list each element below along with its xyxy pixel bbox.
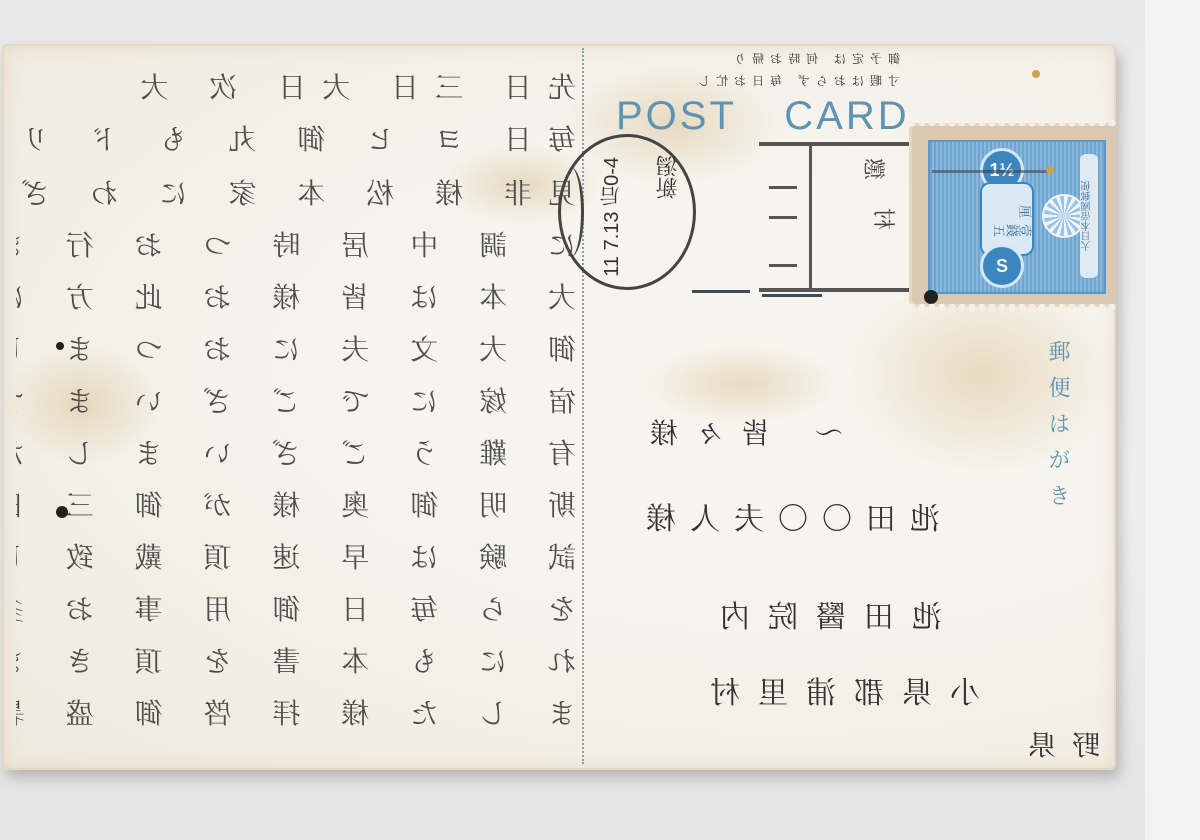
yubin-hagaki-label: 郵便はがき: [1042, 340, 1073, 520]
cancel-tick: [769, 264, 797, 267]
slogan-text: 懲: [864, 156, 886, 187]
message-row: れ に も 本 書 を 頂 き ま し て: [16, 640, 576, 676]
message-row: 見非 様 松 本 家 に わ ざ わ ざ に: [16, 172, 576, 208]
ink-blot: [56, 342, 64, 350]
message-row: 斯 明 御 奥 様 が 御 三 日 に: [16, 484, 576, 520]
cancel-bar: [692, 290, 750, 293]
stain-dot: [1046, 166, 1054, 174]
message-row: 御 大 文 夫 に お つ ま し た 夏: [16, 328, 576, 364]
message-row: 毎日 ヨ ヒ 御 丸 も ド リ そ ん: [16, 118, 576, 154]
background-strip: [1145, 0, 1200, 840]
message-row: に 調 中 居 時 つ お 行 き す が: [16, 224, 576, 260]
message-row: 試 験 は 早 速 頂 戴 致 し ま し: [16, 536, 576, 572]
message-row: 大 本 は 皆 様 お 此 方 に 新 行: [16, 276, 576, 312]
postcard: 先日 三日 大日 次 大 毎日 ヨ ヒ 御 丸 も ド リ そ ん 見非 様 松…: [2, 44, 1116, 770]
address-row: 小県郡浦里村: [692, 668, 980, 712]
postmark-place: 新潟: [653, 155, 684, 199]
stain-dot: [1032, 70, 1040, 78]
postmark-day: 7.13: [601, 211, 623, 250]
cancel-tick: [769, 216, 797, 219]
address-row: 池田醫院内: [702, 592, 942, 636]
message-row: 宿 嫁 に で ご ざ い ま す お 障: [16, 380, 576, 416]
top-note-row: 御予定は 何時お帰り: [600, 50, 900, 70]
handwritten-message: 先日 三日 大日 次 大 毎日 ヨ ヒ 御 丸 も ド リ そ ん 見非 様 松…: [16, 66, 576, 766]
address-row: 池田〇〇夫人様: [632, 494, 940, 538]
postmark-date: 11 7.13 后0-4: [599, 157, 625, 277]
postmark-year: 11: [601, 256, 623, 277]
address-row: 長野県: [1012, 724, 1116, 764]
postmark-time: 后0-4: [601, 157, 623, 206]
ink-blot: [924, 290, 938, 304]
cancel-tick: [769, 186, 797, 189]
top-note-row: 寸暇はおらず 毎日お忙し: [600, 72, 900, 92]
cancel-bar: [809, 146, 812, 288]
stamp-bottom-glyph: S: [980, 244, 1024, 288]
stamp-design: 1½ 壹錢五厘 S 大日本帝國郵便: [928, 140, 1106, 294]
cancel-bar: [762, 294, 822, 297]
message-row: を ら 毎 日 御 用 事 お 多 忙: [16, 588, 576, 624]
message-row: ま し た 様 拝 啓 御 盛 暑: [16, 692, 576, 728]
postage-stamp: 1½ 壹錢五厘 S 大日本帝國郵便: [912, 126, 1116, 304]
postmark: 11 7.13 后0-4 新潟: [558, 134, 696, 290]
message-row: 先日 三日 大日 次 大: [16, 66, 576, 102]
postmark-scallop: [557, 167, 584, 257]
post-card-header: POST CARD: [616, 94, 910, 139]
cancel-line: [932, 170, 1052, 173]
message-row: 有 難 う ご ざ い ま し た 試: [16, 432, 576, 468]
ink-blot: [56, 506, 68, 518]
address-row: 〜 皆々様: [632, 412, 843, 452]
slogan-text: 村: [874, 206, 896, 237]
stamp-banner: 大日本帝國郵便: [1080, 154, 1098, 278]
